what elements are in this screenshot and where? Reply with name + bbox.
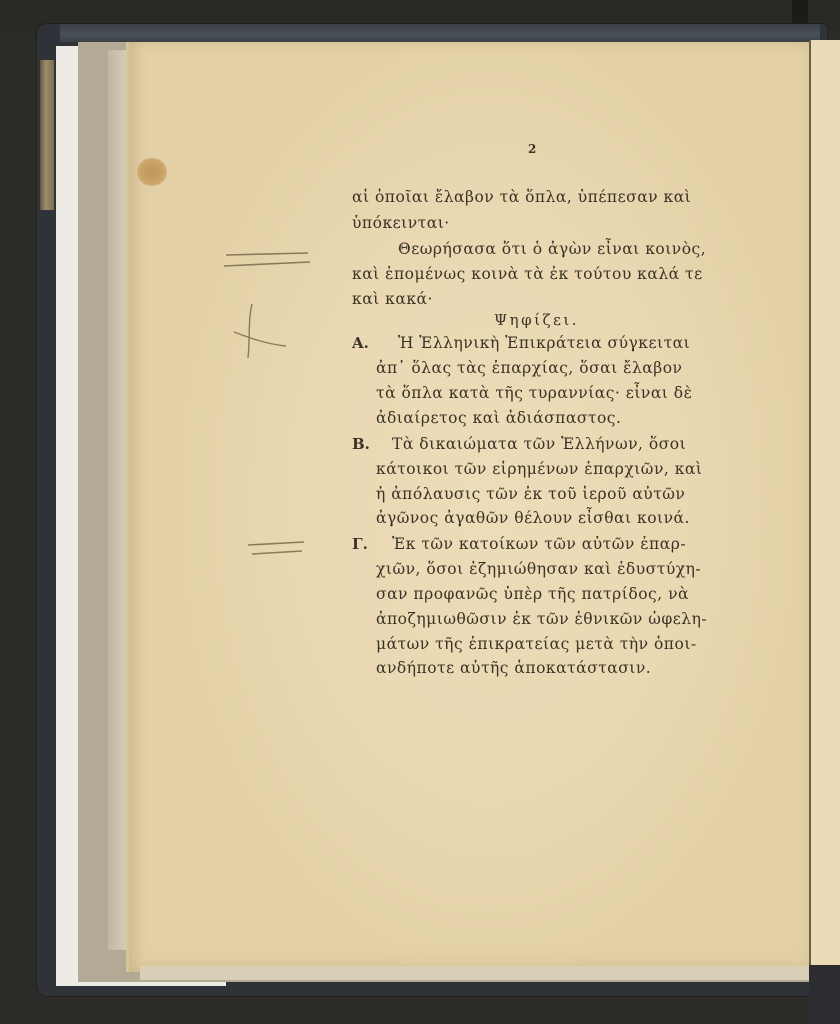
text-line: Τὰ δικαιώματα τῶν Ἑλλήνων, ὅσοι	[392, 435, 686, 453]
resolution-heading: Ψηφίζει.	[494, 311, 579, 329]
text-line: ἀποζημιωθῶσιν ἐκ τῶν ἐθνικῶν ὠφελη-	[376, 610, 707, 628]
text-line: καὶ κακά·	[352, 290, 433, 308]
adjacent-cover	[809, 965, 840, 1024]
text-line: τὰ ὅπλα κατὰ τῆς τυραννίας· εἶναι δὲ	[376, 384, 692, 402]
text-line: σαν προφανῶς ὑπὲρ τῆς πατρίδος, νὰ	[376, 585, 689, 603]
text-line: κάτοικοι τῶν εἰρημένων ἐπαρχιῶν, καὶ	[376, 460, 702, 478]
article-label: Β.	[352, 435, 370, 453]
text-line: ὑπόκεινται·	[352, 214, 450, 232]
scan-scene: 2 αἱ ὁποῖαι ἔλαβον τὰ ὅπλα, ὑπέπεσαν καὶ…	[0, 0, 840, 1024]
cover-top-edge	[60, 24, 820, 42]
text-span: αἱ ὁποῖαι ἔλαβον τὰ ὅπλα, ὑπέπεσαν καὶ	[352, 188, 691, 206]
text-line: ἀδιαίρετος καὶ ἀδιάσπαστος.	[376, 409, 621, 427]
text-line: ἀγῶνος ἀγαθῶν θέλουν εἶσθαι κοινά.	[376, 509, 690, 527]
foxing-stain	[137, 158, 167, 186]
spine-strip	[40, 60, 54, 210]
text-line: Θεωρήσασα ὅτι ὁ ἀγὼν εἶναι κοινὸς,	[398, 240, 706, 258]
text-line: αἱ ὁποῖαι ἔλαβον τὰ ὅπλα, ὑπέπεσαν καὶ	[352, 188, 726, 206]
text-line: μάτων τῆς ἐπικρατείας μετὰ τὴν ὁποι-	[376, 635, 697, 653]
page-number: 2	[528, 142, 536, 156]
pencil-double-line-icon	[222, 248, 314, 274]
text-line: ανδήποτε αὐτῆς ἀποκατάστασιν.	[376, 659, 651, 677]
document-page	[126, 42, 811, 972]
text-line: καὶ ἑπομένως κοινὰ τὰ ἐκ τούτου καλά τε	[352, 265, 703, 283]
pencil-cross-icon	[230, 300, 290, 362]
text-line: Ἡ Ἑλληνικὴ Ἐπικράτεια σύγκειται	[398, 334, 690, 352]
text-line: χιῶν, ὅσοι ἐζημιώθησαν καὶ ἐδυστύχη-	[376, 560, 701, 578]
text-line: ἡ ἀπόλαυσις τῶν ἐκ τοῦ ἱεροῦ αὐτῶν	[376, 485, 685, 503]
page-bottom-edge	[140, 966, 820, 980]
text-line: Ἐκ τῶν κατοίκων τῶν αὐτῶν ἐπαρ-	[392, 535, 686, 553]
article-label: Γ.	[352, 535, 368, 553]
adjacent-page-edge	[809, 40, 840, 965]
text-line: ἀπ᾽ ὅλας τὰς ἐπαρχίας, ὅσαι ἔλαβον	[376, 359, 682, 377]
pencil-double-line-icon	[244, 538, 308, 558]
article-label: Α.	[352, 334, 369, 352]
